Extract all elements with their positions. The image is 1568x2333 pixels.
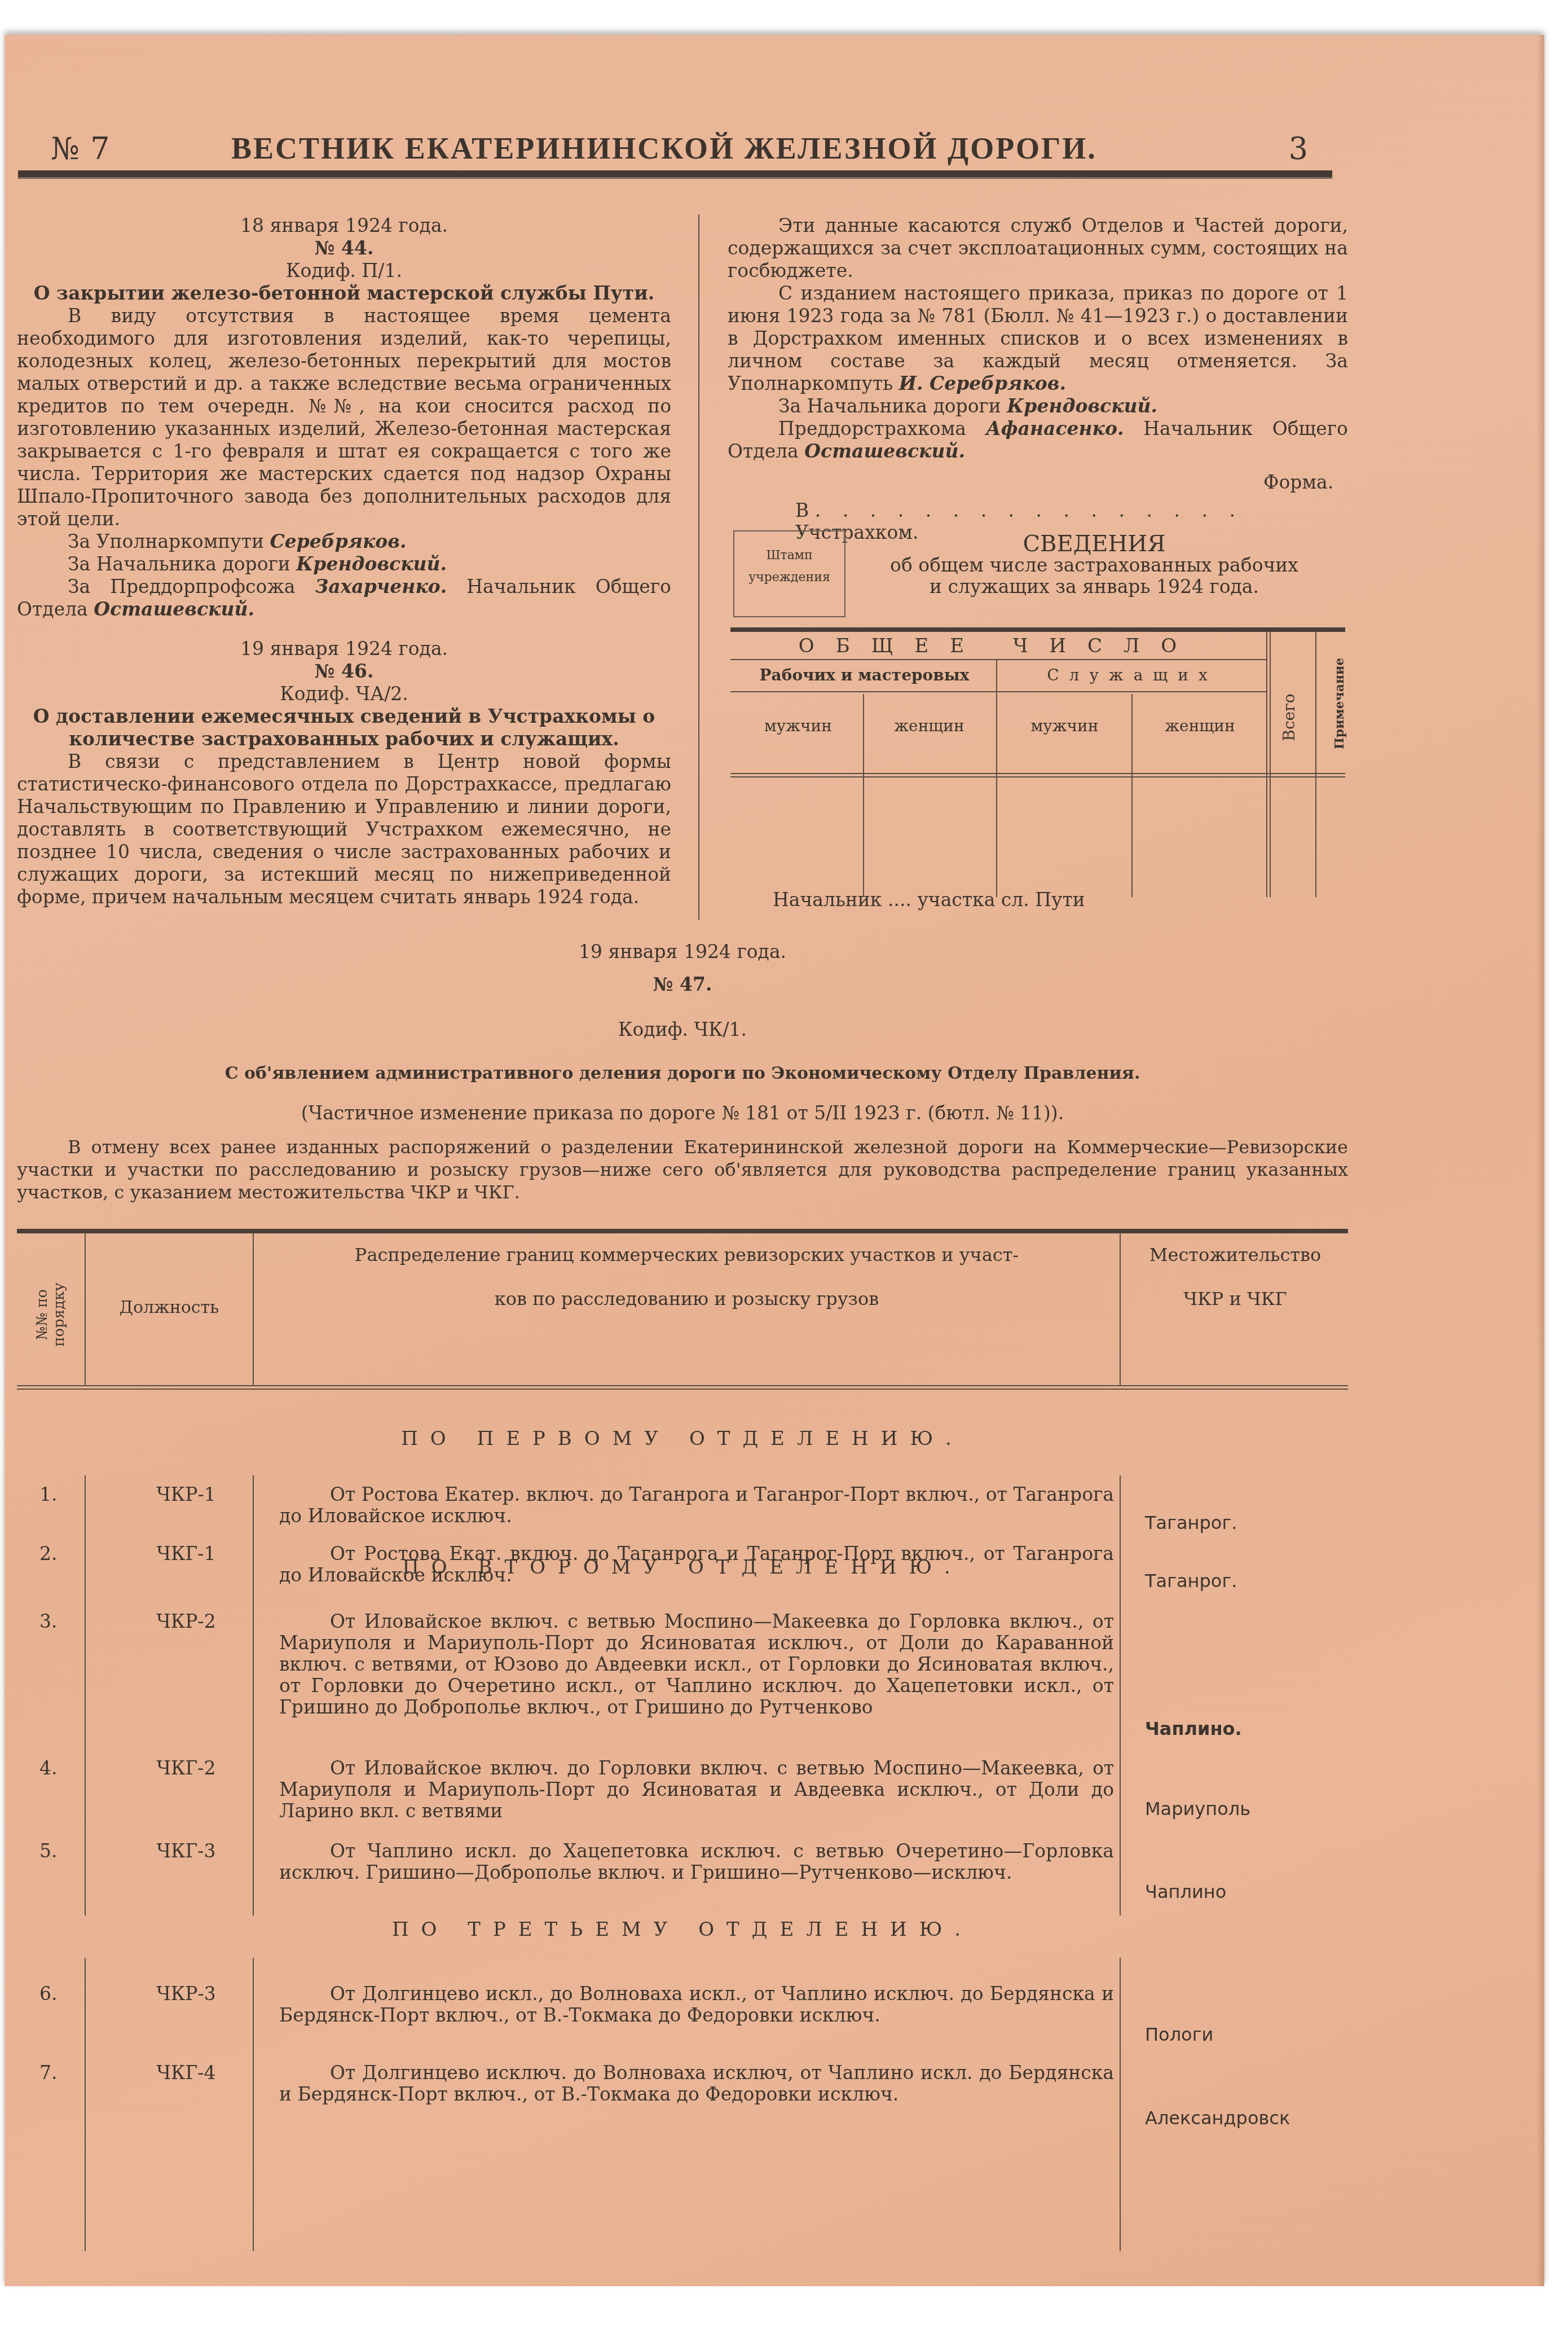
order-44-number: № 44. [17, 237, 671, 260]
form-title: СВЕДЕНИЯ [846, 533, 1342, 555]
order-47-codif: Кодиф. ЧК/1. [17, 1017, 1348, 1042]
order-44-signature-1: За Уполнаркомпути Серебряков. [17, 530, 671, 553]
signature-name: Крендовский. [1007, 395, 1157, 417]
signature-name: Афанасенко. [986, 418, 1124, 440]
form-col-men-workers: мужчин [733, 717, 863, 735]
form-subtitle-1: об общем числе застрахованных рабочих [846, 555, 1342, 576]
form-col-men-employees: мужчин [998, 717, 1131, 735]
order-44-codif: Кодиф. П/1. [17, 260, 671, 282]
signature-name: Осташевский. [94, 598, 254, 620]
signature-name: Осташевский. [804, 440, 965, 462]
form-subheader-employees: Служащих [998, 666, 1266, 684]
form-group-header: ОБЩЕЕ ЧИСЛО [730, 635, 1266, 657]
table-header-number: №№ по порядку [34, 1272, 68, 1357]
order-44: 18 января 1924 года. № 44. Кодиф. П/1. О… [17, 214, 671, 908]
form-title-block: СВЕДЕНИЯ об общем числе застрахованных р… [846, 533, 1342, 597]
section-title-2: ПО ВТОРОМУ ОТДЕЛЕНИЮ. [17, 1556, 1348, 1579]
order-44-title: О закрытии железо-бетонной мастерской сл… [17, 282, 671, 305]
order-46-codif: Кодиф. ЧА/2. [17, 683, 671, 705]
order-46-continued: Эти данные касаются служб Отделов и Част… [728, 214, 1348, 463]
order-44-date: 18 января 1924 года. [17, 214, 671, 237]
table-header-residence: Местожительство ЧКР и ЧКГ [1122, 1244, 1348, 1310]
order-44-body: В виду отсутствия в настоящее время цеме… [17, 305, 671, 530]
section-title-1: ПО ПЕРВОМУ ОТДЕЛЕНИЮ. [17, 1427, 1348, 1450]
order-44-signature-2: За Начальника дороги Крендовский. [17, 553, 671, 575]
form-col-total: Всего [1280, 684, 1298, 752]
order-47: 19 января 1924 года. № 47. Кодиф. ЧК/1. … [17, 939, 1348, 1203]
signature-name: Серебряков. [270, 530, 407, 552]
order-46-body: В связи с представлением в Центр новой ф… [17, 750, 671, 908]
publication-title: ВЕСТНИК ЕКАТЕРИНИНСКОЙ ЖЕЛЕЗНОЙ ДОРОГИ. [231, 131, 1097, 166]
issue-number: № 7 [51, 131, 111, 166]
order-44-signature-3: За Преддорпрофсожа Захарченко. Начальник… [17, 575, 671, 621]
order-46-body-cont2: С изданием настоящего приказа, приказ по… [728, 282, 1348, 395]
order-46-title: О доставлении ежемесячных сведений в Учс… [17, 705, 671, 750]
order-47-number: № 47. [17, 972, 1348, 997]
form-subtitle-2: и служащих за январь 1924 года. [846, 576, 1342, 597]
signature-name: Захарченко. [315, 575, 447, 597]
header-rule [18, 170, 1332, 179]
form-col-note: Примечание [1332, 665, 1347, 749]
page-header: № 7 ВЕСТНИК ЕКАТЕРИНИНСКОЙ ЖЕЛЕЗНОЙ ДОРО… [17, 131, 1342, 165]
table-header-position: Должность [90, 1298, 248, 1317]
stamp-box: Штамп учреждения [733, 530, 845, 617]
form-footer: Начальник .... участка сл. Пути [773, 889, 1085, 911]
order-47-title: С об'явлением административного деления … [17, 1061, 1348, 1086]
signature-name: Крендовский. [296, 553, 447, 575]
section-title-3: ПО ТРЕТЬЕМУ ОТДЕЛЕНИЮ. [17, 1918, 1348, 1941]
order-47-note: (Частичное изменение приказа по дороге №… [17, 1101, 1348, 1126]
order-46-body-cont1: Эти данные касаются служб Отделов и Част… [728, 214, 1348, 282]
order-46-date: 19 января 1924 года. [17, 638, 671, 660]
form-col-women-workers: женщин [863, 717, 996, 735]
page-number: 3 [1289, 131, 1309, 166]
order-46-signature-3: Преддорстрахкома Афанасенко. Начальник О… [728, 418, 1348, 463]
column-divider [698, 214, 699, 920]
order-47-date: 19 января 1924 года. [17, 939, 1348, 964]
form-col-women-employees: женщин [1134, 717, 1266, 735]
signature-name: И. Серебряков. [899, 372, 1066, 394]
form-subheader-workers: Рабочих и мастеровых [733, 666, 996, 684]
form-label: Форма. [1263, 471, 1333, 493]
order-47-body: В отмену всех ранее изданных распоряжени… [17, 1136, 1348, 1203]
order-46-signature-2: За Начальника дороги Крендовский. [728, 395, 1348, 418]
table-header-description: Распределение границ коммерческих ревизо… [257, 1244, 1117, 1310]
order-46-number: № 46. [17, 660, 671, 683]
